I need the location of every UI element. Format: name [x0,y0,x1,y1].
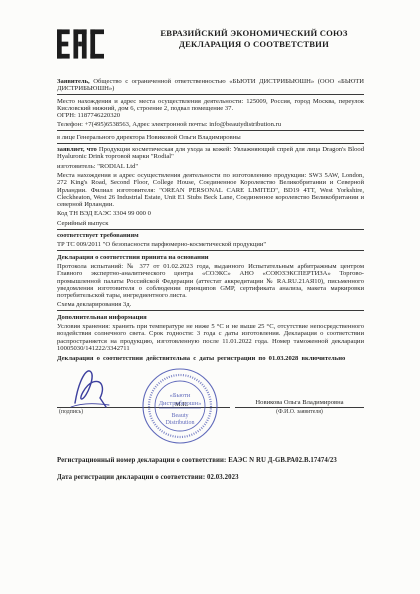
manufacturer-address: Места нахождения и адрес осуществления д… [57,172,364,208]
eac-logo-icon [57,25,104,63]
fio-label: (Ф.И.О. заявителя) [235,408,364,415]
declaration-scheme: Схема декларирования 3д. [57,301,364,311]
document-header: ЕВРАЗИЙСКИЙ ЭКОНОМИЧЕСКИЙ СОЮЗ ДЕКЛАРАЦИ… [57,22,364,66]
document-title: ЕВРАЗИЙСКИЙ ЭКОНОМИЧЕСКИЙ СОЮЗ ДЕКЛАРАЦИ… [144,28,364,49]
basis-heading: Декларация о соответствии принята на осн… [57,254,364,261]
basis-text: Протокола испытаний: № 377 от 01.02.2023… [57,263,364,299]
manufacturer-line: изготовитель: "RODIAL Ltd" [57,163,364,170]
handwritten-signature [69,363,113,411]
applicant-representative: в лице Генерального директора Новиковой … [57,134,364,144]
additional-heading: Дополнительная информация [57,314,364,321]
applicant-lead: Заявитель, [57,78,90,85]
regulation-line: ТР ТС 009/2011 "О безопасности парфюмерн… [57,241,364,251]
stamp-line1: «Бьюти [170,392,191,399]
title-declaration: ДЕКЛАРАЦИЯ О СООТВЕТСТВИИ [144,39,364,50]
company-stamp: «Бьюти Дистрибьюшн» Beauty Distribution [141,367,219,445]
product-paragraph: заявляет, что Продукция косметическая дл… [57,146,364,161]
product-description: Продукция косметическая для ухода за кож… [57,146,364,160]
declares-lead: заявляет, что [57,146,97,153]
registration-date: Дата регистрации декларации о соответств… [57,474,364,482]
registration-number: Регистрационный номер декларации о соотв… [57,457,364,465]
stamp-line4: Distribution [165,420,194,426]
applicant-address: Место нахождения и адрес места осуществл… [57,98,364,120]
stamp-line2: Дистрибьюшн» [159,400,202,407]
additional-text: Условия хранения: хранить при температур… [57,323,364,352]
batch-type: Серийный выпуск [57,220,364,230]
applicant-address-text: Место нахождения и адрес места осуществл… [57,98,364,112]
declaration-document: ЕВРАЗИЙСКИЙ ЭКОНОМИЧЕСКИЙ СОЮЗ ДЕКЛАРАЦИ… [0,0,420,594]
applicant-paragraph: Заявитель, Общество с ограниченной ответ… [57,78,364,95]
applicant-fio: Новикова Ольга Владимировна [235,385,364,408]
stamp-line3: Beauty [172,413,189,419]
applicant-contacts: Телефон: +7(495)6538563, Адрес электронн… [57,121,364,131]
tnved-code: Код ТН ВЭД ЕАЭС 3304 99 000 0 [57,210,364,217]
applicant-ogrn: ОГРН: 1187746220320 [57,112,120,119]
compliance-heading: соответствует требованиям [57,232,364,239]
signature-block: (подпись) М.П. «Бьюти Дистрибьюшн» Beaut… [57,385,364,421]
document-content: ЕВРАЗИЙСКИЙ ЭКОНОМИЧЕСКИЙ СОЮЗ ДЕКЛАРАЦИ… [57,22,364,491]
applicant-fio-area: Новикова Ольга Владимировна (Ф.И.О. заяв… [235,385,364,415]
applicant-name: Общество с ограниченной ответственностью… [57,78,364,92]
title-union: ЕВРАЗИЙСКИЙ ЭКОНОМИЧЕСКИЙ СОЮЗ [144,28,364,39]
validity-statement: Декларация о соответствии действительна … [57,355,364,362]
